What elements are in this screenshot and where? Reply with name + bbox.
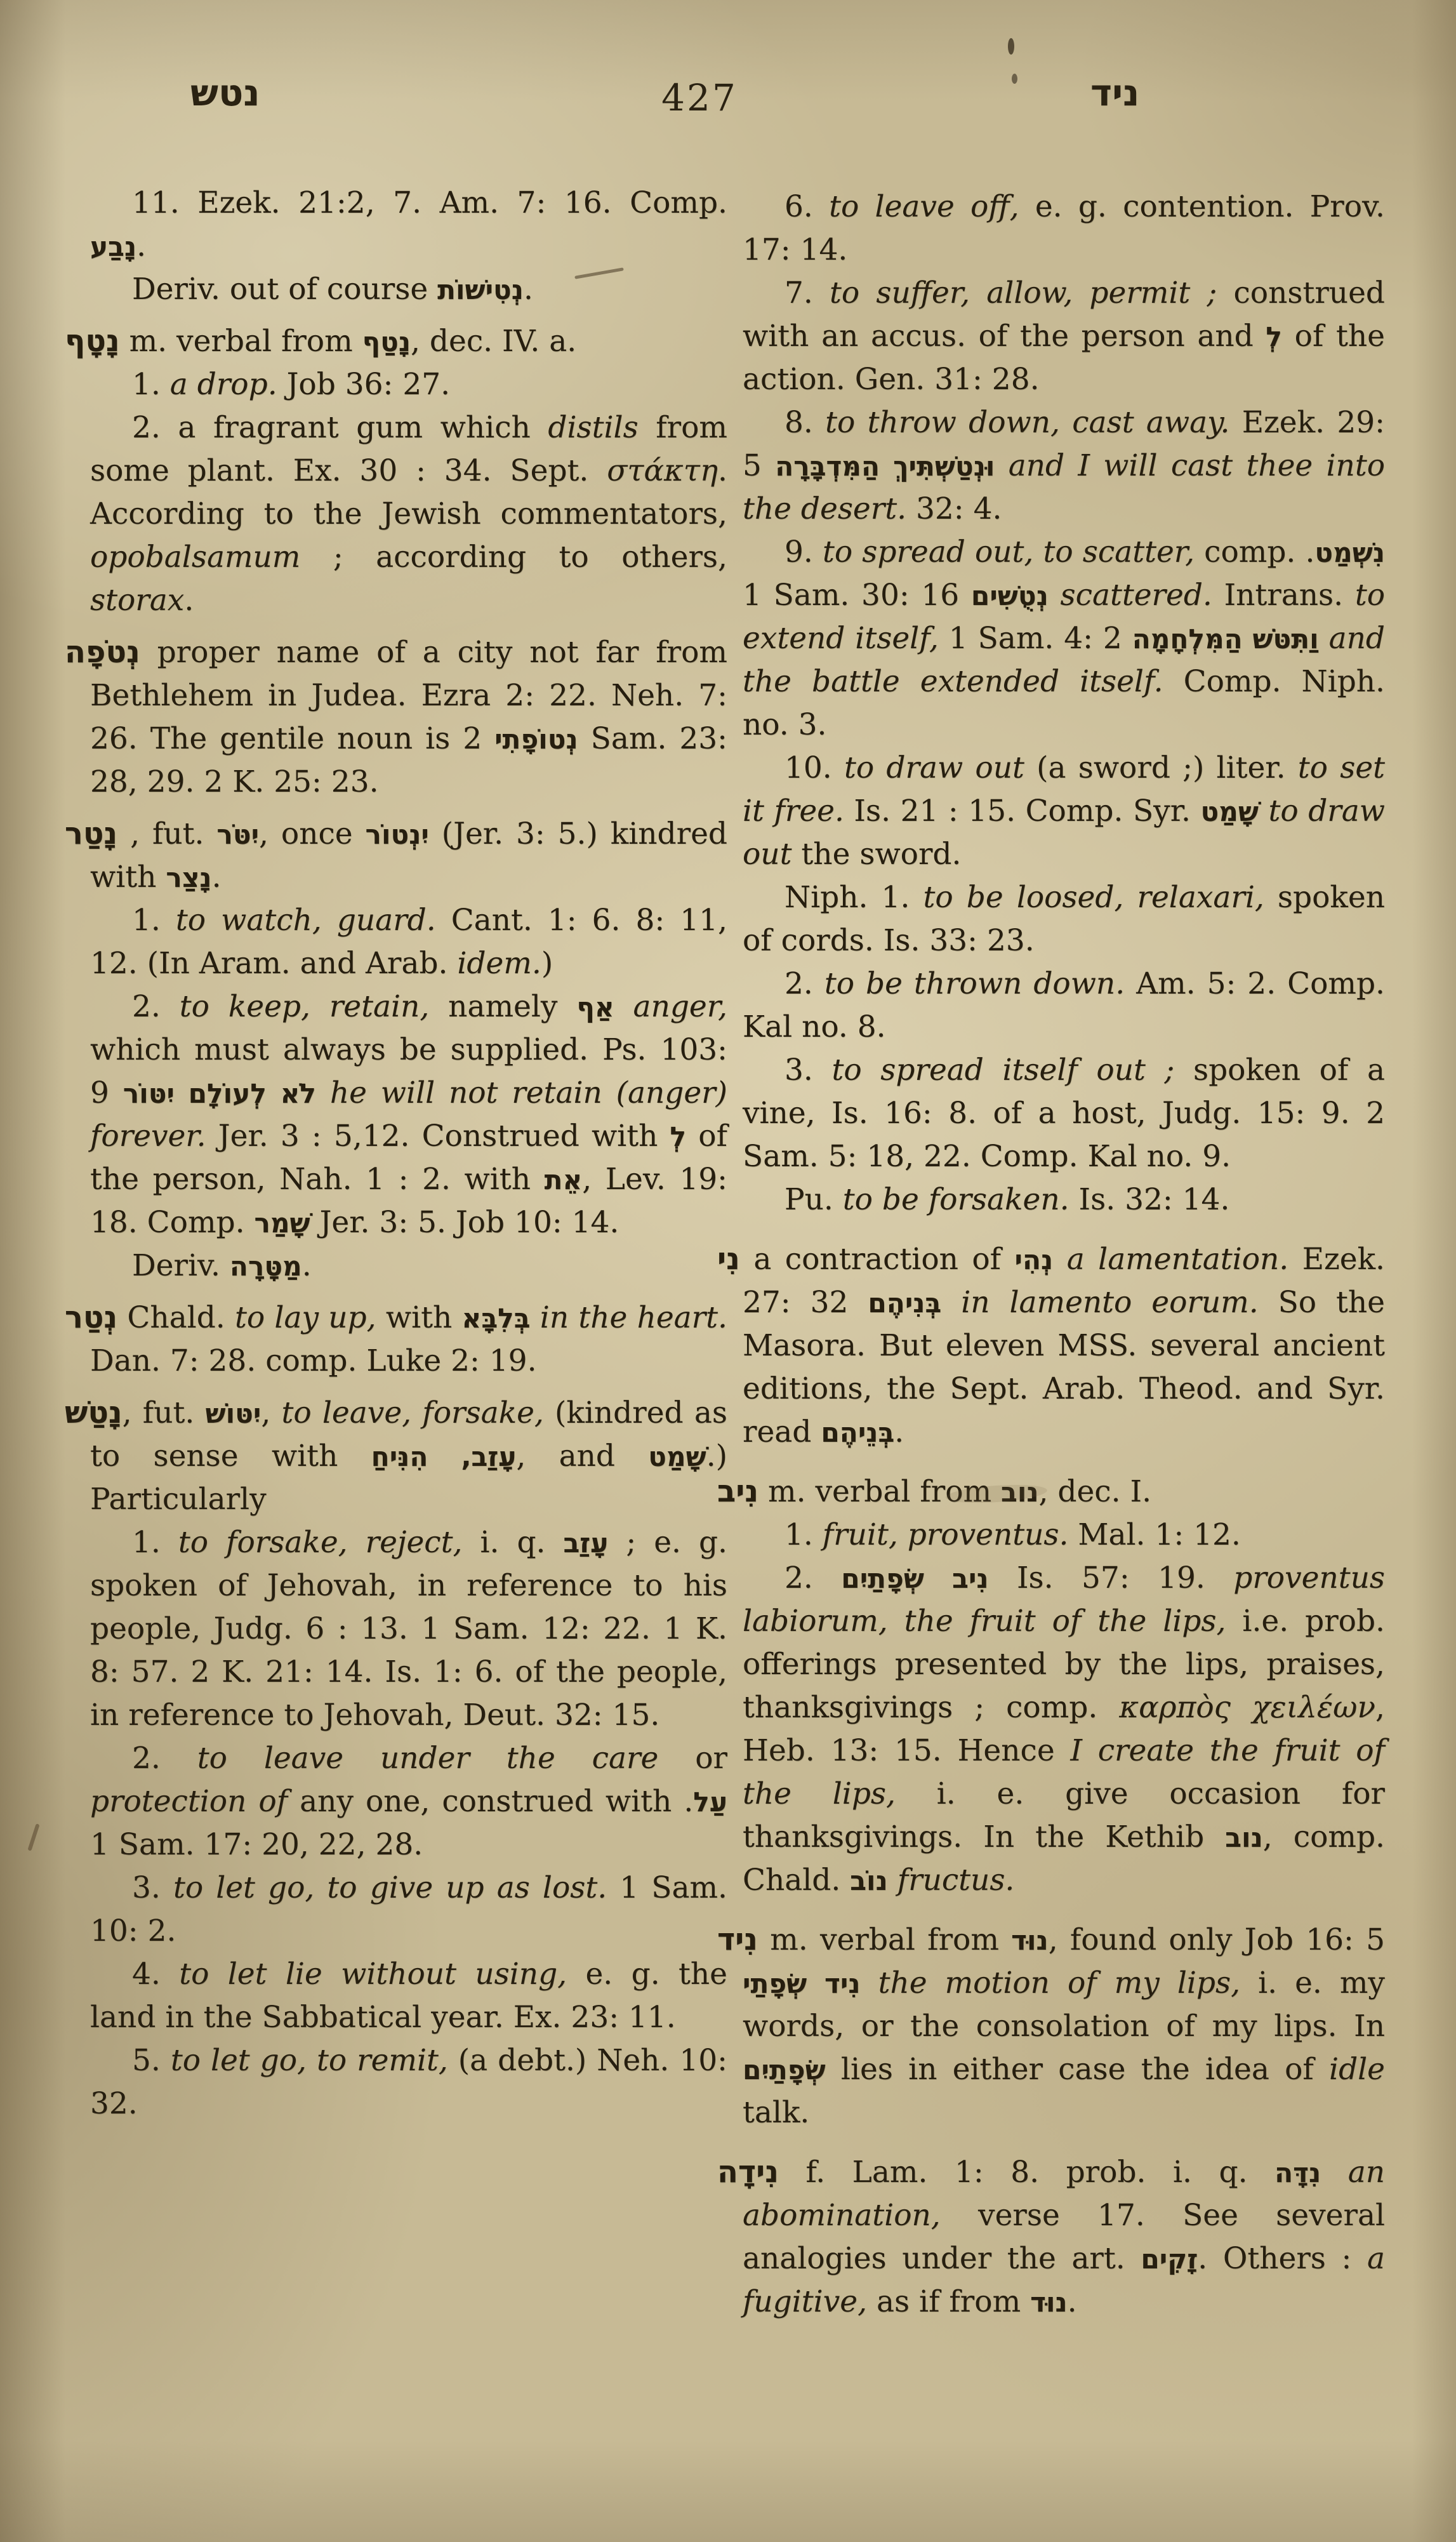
- entry-paragraph: נִידָה f. Lam. 1: 8. prob. i. q. נִדָּה …: [743, 2151, 1385, 2324]
- text-run: [995, 448, 1008, 483]
- page-number: 427: [636, 76, 763, 119]
- hebrew-headword: נָטַשׁ: [65, 1395, 122, 1430]
- entry-paragraph: נָטַר , fut. יִטֹּר, once יִנְטוֹר (Jer.…: [90, 813, 727, 899]
- text-run: protection of: [90, 1784, 288, 1819]
- text-run: with: [376, 1300, 462, 1335]
- hebrew-text: נְהִי: [1015, 1244, 1054, 1275]
- text-run: scattered.: [1061, 578, 1212, 613]
- text-run: Jer. 3: 5. Job 10: 14.: [310, 1205, 619, 1240]
- dictionary-paragraph: 2. a fragrant gum which distils from som…: [90, 406, 727, 622]
- text-run: comp.: [1195, 535, 1305, 569]
- text-run: 2. a fragrant gum which: [132, 410, 548, 445]
- hebrew-text: שָׁמַט: [648, 1441, 706, 1472]
- text-run: [531, 1300, 540, 1335]
- text-run: to forsake, reject,: [178, 1525, 463, 1560]
- hebrew-text: לְ: [670, 1121, 687, 1152]
- text-run: .: [302, 1248, 312, 1283]
- dictionary-paragraph: Deriv. out of course נְטִישׁוֹת.: [90, 268, 727, 311]
- text-run: ; according to others,: [300, 540, 727, 575]
- text-run: idem.: [457, 946, 541, 981]
- running-head-right: ניד: [1090, 71, 1139, 114]
- text-run: fructus.: [897, 1863, 1015, 1898]
- text-run: [1049, 578, 1061, 613]
- hebrew-text: נוּד: [1011, 1925, 1049, 1956]
- text-run: to spread out, to scatter,: [823, 535, 1195, 569]
- text-run: to suffer, allow, permit ;: [830, 276, 1217, 310]
- text-run: Is. 57: 19.: [989, 1560, 1234, 1595]
- hebrew-headword: נְטַר: [65, 1300, 117, 1335]
- text-run: 1.: [132, 1525, 178, 1560]
- text-run: to keep, retain,: [180, 989, 430, 1024]
- dictionary-paragraph: 3. to let go, to give up as lost. 1 Sam.…: [90, 1867, 727, 1953]
- hebrew-text: נִשְׁמַט: [1314, 537, 1385, 568]
- text-run: m. verbal from: [758, 1922, 1011, 1957]
- hebrew-text: אַף: [576, 992, 614, 1023]
- hebrew-text: לְ: [1266, 321, 1282, 352]
- text-run: 7.: [784, 276, 830, 310]
- ink-stain: [1012, 74, 1017, 84]
- text-run: 1 Sam. 4: 2: [939, 621, 1132, 656]
- text-run: , once: [259, 816, 366, 851]
- text-run: Deriv.: [132, 1248, 230, 1283]
- hebrew-headword: נָטָף: [65, 324, 120, 359]
- text-run: (a sword ;) liter.: [1024, 750, 1298, 785]
- text-run: 10.: [784, 750, 844, 785]
- text-run: [1319, 621, 1329, 656]
- hebrew-headword: נִיב: [717, 1474, 758, 1509]
- text-run: Mal. 1: 12.: [1068, 1517, 1240, 1552]
- text-run: 8.: [784, 405, 825, 440]
- dictionary-paragraph: 7. to suffer, allow, permit ; construed …: [743, 272, 1385, 401]
- text-run: fruit, proventus.: [823, 1517, 1069, 1552]
- text-run: idle: [1329, 2052, 1385, 2087]
- dictionary-paragraph: 6. to leave off, e. g. contention. Prov.…: [743, 185, 1385, 272]
- hebrew-headword: נָטַר: [65, 816, 117, 851]
- hebrew-text: מַטָּרָה: [230, 1251, 302, 1282]
- hebrew-text: יִנְטוֹר: [366, 819, 429, 850]
- text-run: i. q.: [462, 1525, 563, 1560]
- dictionary-paragraph: 2. to keep, retain, namely אַף anger, wh…: [90, 985, 727, 1244]
- text-run: m. verbal from: [120, 324, 362, 359]
- entry-paragraph: נִיד m. verbal from נוּד, found only Job…: [743, 1919, 1385, 2134]
- text-run: 3.: [132, 1870, 173, 1905]
- dictionary-paragraph: 1. to forsake, reject, i. q. עָזַב ; e. …: [90, 1521, 727, 1737]
- greek-text: καρπὸς χειλέων: [1119, 1690, 1375, 1725]
- text-run: anger,: [633, 989, 727, 1024]
- dictionary-paragraph: 9. to spread out, to scatter, comp. נִשְ…: [743, 531, 1385, 747]
- text-run: a lamentation.: [1067, 1242, 1289, 1277]
- hebrew-headword: נִידָה: [717, 2155, 779, 2190]
- column-right: 6. to leave off, e. g. contention. Prov.…: [743, 185, 1385, 2324]
- hebrew-text: נוּד: [1030, 2287, 1068, 2318]
- text-run: 11. Ezek. 21:2, 7. Am. 7: 16. Comp.: [132, 185, 727, 220]
- hebrew-text: שָׁמַר: [254, 1208, 310, 1239]
- hebrew-text: יִטֹּר: [216, 819, 259, 850]
- text-run: [1259, 794, 1269, 828]
- text-run: Is. 21 : 15. Comp. Syr.: [844, 794, 1201, 828]
- text-run: Jer. 3 : 5,12. Construed with: [206, 1119, 670, 1154]
- text-run: to throw down, cast away.: [825, 405, 1229, 440]
- hebrew-text: נְטִישׁוֹת: [437, 274, 524, 305]
- text-run: . Others :: [1198, 2241, 1367, 2276]
- text-run: .: [136, 229, 146, 263]
- dictionary-paragraph: 8. to throw down, cast away. Ezek. 29: 5…: [743, 401, 1385, 531]
- text-run: .: [1068, 2284, 1077, 2319]
- text-run: storax: [90, 583, 184, 618]
- ink-scratch: [27, 1823, 39, 1851]
- text-run: to draw out: [844, 750, 1024, 785]
- hebrew-text: נִדָּה: [1274, 2157, 1321, 2188]
- running-head-left: נטש: [190, 71, 260, 114]
- text-run: lies in either case the idea of: [826, 2052, 1329, 2087]
- text-run: 3.: [784, 1053, 831, 1088]
- dictionary-paragraph: 11. Ezek. 21:2, 7. Am. 7: 16. Comp. נָבַ…: [90, 182, 727, 268]
- dictionary-paragraph: 2. to leave under the care or protection…: [90, 1737, 727, 1867]
- ink-stain: [1008, 38, 1014, 55]
- text-run: to leave off,: [829, 189, 1019, 224]
- text-run: to spread itself out ;: [831, 1053, 1174, 1088]
- text-run: as if from: [867, 2284, 1030, 2319]
- text-run: 32: 4.: [906, 491, 1002, 526]
- hebrew-headword: נִי: [717, 1242, 740, 1277]
- text-run: [861, 1966, 878, 2000]
- dictionary-paragraph: Deriv. מַטָּרָה.: [90, 1244, 727, 1288]
- text-run: Is. 32: 14.: [1069, 1182, 1230, 1217]
- dictionary-paragraph: 1. fruit, proventus. Mal. 1: 12.: [743, 1514, 1385, 1557]
- text-run: the sword.: [791, 837, 961, 872]
- text-run: [888, 1863, 897, 1898]
- text-run: .: [524, 272, 533, 307]
- dictionary-paragraph: 4. to let lie without using, e. g. the l…: [90, 1953, 727, 2039]
- hebrew-headword: נִיד: [717, 1922, 758, 1957]
- text-run: or: [658, 1741, 727, 1776]
- text-run: Job 36: 27.: [277, 367, 450, 402]
- dictionary-paragraph: 2. to be thrown down. Am. 5: 2. Comp. Ka…: [743, 962, 1385, 1049]
- hebrew-text: נָטַף: [362, 326, 411, 357]
- text-run: 1.: [132, 903, 176, 938]
- dictionary-paragraph: 10. to draw out (a sword ;) liter. to se…: [743, 747, 1385, 876]
- hebrew-text: נוב: [1225, 1822, 1262, 1853]
- entry-paragraph: נְטַר Chald. to lay up, with בְּלִבָּא i…: [90, 1296, 727, 1383]
- dictionary-paragraph: 2. נִיב שְׂפָתַיִם Is. 57: 19. proventus…: [743, 1557, 1385, 1902]
- text-run: opobalsamum: [90, 540, 300, 575]
- text-run: to be loosed, relaxari,: [923, 880, 1264, 915]
- text-run: 1.: [784, 1517, 823, 1552]
- text-run: a drop.: [170, 367, 277, 402]
- hebrew-text: נְטוֹפָתִי: [494, 724, 578, 755]
- hebrew-text: עָזַב, הִנִּיחַ: [371, 1441, 517, 1472]
- scanned-lexicon-page: { "header": { "left_hebrew": "נטש", "pag…: [0, 0, 1456, 2542]
- hebrew-text: נִיב שְׂפָתַיִם: [841, 1563, 988, 1594]
- text-run: , found only Job 16: 5: [1049, 1922, 1385, 1957]
- hebrew-text: בְּלִבָּא: [462, 1303, 531, 1334]
- text-run: [1053, 1242, 1066, 1277]
- text-run: Niph. 1.: [784, 880, 923, 915]
- hebrew-text: זָקִים: [1141, 2244, 1198, 2275]
- text-run: in lamento eorum.: [961, 1285, 1258, 1320]
- text-run: , and: [516, 1439, 648, 1474]
- hebrew-text: בְּנִיהֶם: [868, 1288, 941, 1319]
- text-run: 2.: [784, 1560, 841, 1595]
- dictionary-paragraph: Niph. 1. to be loosed, relaxari, spoken …: [743, 876, 1385, 962]
- dictionary-paragraph: 1. to watch, guard. Cant. 1: 6. 8: 11, 1…: [90, 899, 727, 985]
- text-run: [1321, 2155, 1348, 2190]
- text-run: to be forsaken.: [843, 1182, 1069, 1217]
- text-run: to lay up,: [235, 1300, 376, 1335]
- column-left: 11. Ezek. 21:2, 7. Am. 7: 16. Comp. נָבַ…: [90, 182, 727, 2126]
- text-run: to let go, to remit,: [171, 2043, 448, 2078]
- text-run: ,: [261, 1395, 281, 1430]
- entry-paragraph: נָטַשׁ, fut. יִטּוֹשׁ, to leave, forsake…: [90, 1392, 727, 1521]
- text-run: , fut.: [117, 816, 216, 851]
- text-run: 5.: [132, 2043, 171, 2078]
- text-run: 1.: [132, 367, 170, 402]
- entry-paragraph: נָטָף m. verbal from נָטַף, dec. IV. a.: [90, 320, 727, 363]
- text-run: 4.: [132, 1957, 179, 1992]
- text-run: any one, construed with: [288, 1784, 684, 1819]
- text-run: a contraction of: [740, 1242, 1015, 1277]
- text-run: 9.: [784, 535, 823, 569]
- text-run: to watch, guard.: [176, 903, 436, 938]
- text-run: in the heart.: [540, 1300, 727, 1335]
- hebrew-text: נוֹב: [850, 1865, 887, 1896]
- text-run: .: [212, 860, 222, 895]
- hebrew-text: נָצַר: [166, 862, 211, 893]
- text-run: Pu.: [784, 1182, 843, 1217]
- text-run: talk.: [743, 2095, 809, 2130]
- greek-text: στάκτη: [607, 453, 718, 488]
- hebrew-text: שָׁמַט: [1201, 796, 1259, 827]
- hebrew-text: עָזַב: [563, 1527, 608, 1559]
- hebrew-text: נִיד שְׂפָתַי: [743, 1968, 861, 1999]
- text-run: [316, 1075, 330, 1110]
- hebrew-text: בְּנֵיהֶם: [821, 1417, 894, 1448]
- hebrew-text: וּנְטַשְׁתִּיךְ הַמִּדְבָּרָה: [775, 451, 995, 482]
- text-run: [614, 989, 633, 1024]
- hebrew-text: אֵת: [545, 1164, 583, 1195]
- hebrew-headword: נְטֹפָה: [65, 635, 140, 670]
- text-run: to let go, to give up as lost.: [173, 1870, 607, 1905]
- hebrew-catchword-left: נטש: [190, 71, 260, 114]
- entry-paragraph: נִיב m. verbal from נוב, dec. I.: [743, 1470, 1385, 1514]
- text-run: to be thrown down.: [824, 966, 1125, 1001]
- hebrew-catchword-right: ניד: [1090, 71, 1139, 114]
- text-run: namely: [429, 989, 576, 1024]
- dictionary-paragraph: 3. to spread itself out ; spoken of a vi…: [743, 1049, 1385, 1178]
- text-run: distils: [548, 410, 638, 445]
- text-run: [941, 1285, 961, 1320]
- hebrew-text: נָבַע: [90, 231, 136, 262]
- hebrew-text: נְטֻשִׁים: [971, 580, 1049, 611]
- text-run: , dec. I.: [1039, 1474, 1152, 1509]
- entry-paragraph: נִי a contraction of נְהִי a lamentation…: [743, 1238, 1385, 1454]
- entry-paragraph: נְטֹפָה proper name of a city not far fr…: [90, 631, 727, 804]
- text-run: 2.: [132, 1741, 197, 1776]
- text-run: .: [894, 1414, 904, 1449]
- text-run: Dan. 7: 28. comp. Luke 2: 19.: [90, 1343, 537, 1378]
- page-background: נטש 427 ניד 11. Ezek. 21:2, 7. Am. 7: 16…: [0, 0, 1456, 2542]
- dictionary-paragraph: Pu. to be forsaken. Is. 32: 14.: [743, 1178, 1385, 1221]
- text-run: .: [184, 583, 194, 618]
- text-run: , dec. IV. a.: [411, 324, 576, 359]
- text-run: 2.: [784, 966, 824, 1001]
- dictionary-paragraph: 1. a drop. Job 36: 27.: [90, 363, 727, 406]
- hebrew-text: עַל: [693, 1787, 727, 1818]
- text-run: Chald.: [117, 1300, 235, 1335]
- hebrew-text: שְׂפָתַיִם: [743, 2054, 826, 2086]
- text-run: to let lie without using,: [179, 1957, 567, 1992]
- hebrew-text: יִטּוֹשׁ: [206, 1398, 261, 1429]
- hebrew-text: וַתִּטֹּשׁ הַמִּלְחָמָה: [1132, 623, 1319, 655]
- text-run: ): [541, 946, 553, 981]
- text-run: f. Lam. 1: 8. prob. i. q.: [779, 2155, 1274, 2190]
- text-run: 6.: [784, 189, 829, 224]
- text-run: the motion of my lips,: [878, 1966, 1240, 2000]
- text-run: Intrans.: [1212, 578, 1355, 613]
- text-run: 2.: [132, 989, 180, 1024]
- text-run: to leave under the care: [197, 1741, 659, 1776]
- text-run: to leave, forsake,: [281, 1395, 543, 1430]
- dictionary-paragraph: 5. to let go, to remit, (a debt.) Neh. 1…: [90, 2039, 727, 2126]
- text-run: , fut.: [122, 1395, 206, 1430]
- hebrew-text: לֹא לְעוֹלָם יִטּוֹר: [123, 1078, 316, 1109]
- text-run: Deriv. out of course: [132, 272, 437, 307]
